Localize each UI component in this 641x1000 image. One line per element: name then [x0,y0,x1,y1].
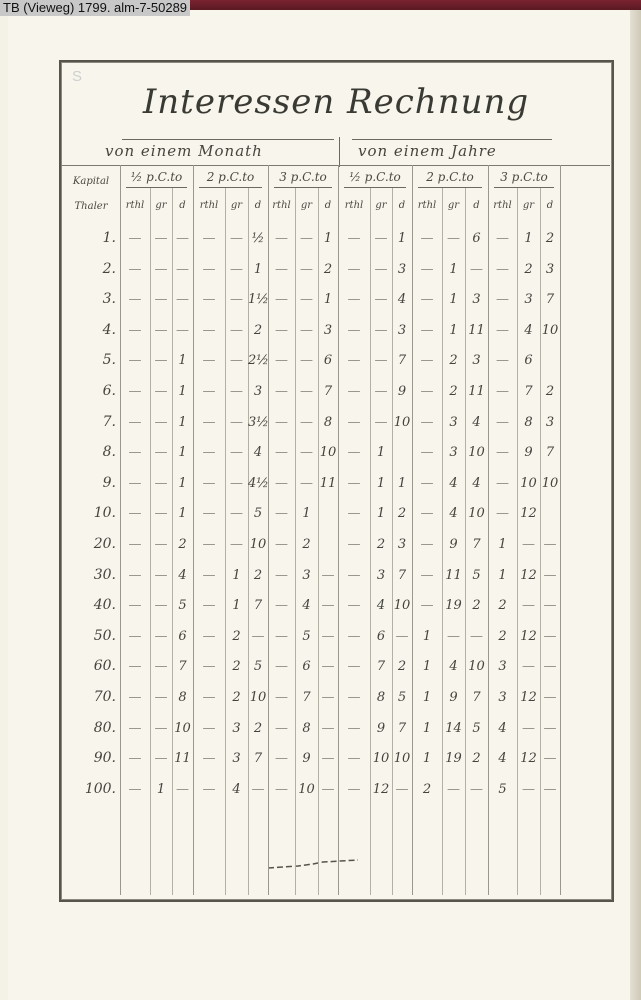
table-cell: 1 [295,506,318,521]
table-cell: 2 [318,262,338,277]
table-cell: — [150,598,172,613]
table-cell: — [338,690,370,705]
table-cell: — [488,231,517,246]
table-cell: — [193,782,225,797]
table-cell: — [295,445,318,460]
table-cell: — [120,537,150,552]
table-cell: — [412,323,442,338]
capital-amount: 7. [64,414,116,430]
table-cell: — [338,751,370,766]
table-cell: 1 [392,231,412,246]
capital-amount: 5. [64,352,116,368]
table-cell: — [338,323,370,338]
table-cell: — [268,445,295,460]
table-cell: — [370,415,392,430]
table-cell: — [225,476,248,491]
table-cell: — [120,568,150,583]
table-cell: 1 [248,262,268,277]
table-cell: — [338,506,370,521]
table-cell: 3 [442,445,465,460]
capital-amount: 3. [64,291,116,307]
table-cell: — [193,476,225,491]
table-cell: 3 [225,751,248,766]
table-cell: 5 [488,782,517,797]
table-cell: — [120,598,150,613]
table-cell: 10 [295,782,318,797]
table-cell: — [268,721,295,736]
table-cell: 1 [370,476,392,491]
table-cell: — [150,415,172,430]
table-cell: 8 [318,415,338,430]
capital-amount: 80. [64,720,116,736]
table-cell: — [225,323,248,338]
table-cell: — [268,751,295,766]
rate-header: 3 p.C.to [268,170,338,184]
table-cell: — [150,262,172,277]
table-cell: 4 [370,598,392,613]
table-cell: 3 [392,323,412,338]
rate-header-rule [494,187,554,188]
table-cell: 2 [540,231,560,246]
table-cell: — [120,415,150,430]
rate-header: 2 p.C.to [412,170,488,184]
table-cell: — [193,415,225,430]
table-cell: — [225,384,248,399]
table-cell: 1½ [248,292,268,307]
table-cell: 6 [517,353,540,368]
table-cell: — [338,598,370,613]
table-cell: — [318,721,338,736]
table-cell: — [338,721,370,736]
table-cell: 3 [370,568,392,583]
table-cell: — [120,353,150,368]
table-cell: 1 [150,782,172,797]
table-cell: — [338,629,370,644]
table-cell: 10 [465,445,488,460]
table-cell: 8 [172,690,193,705]
rate-header-rule [418,187,482,188]
table-cell: — [338,659,370,674]
table-cell: 4½ [248,476,268,491]
table-cell: — [442,629,465,644]
unit-header: d [248,200,268,211]
table-cell: 7 [392,353,412,368]
table-cell: — [412,598,442,613]
table-cell: 12 [517,568,540,583]
table-cell: 5 [465,721,488,736]
unit-header: d [465,200,488,211]
table-cell: — [225,445,248,460]
table-cell: — [318,598,338,613]
table-cell: — [225,292,248,307]
table-cell: 1 [225,568,248,583]
capital-amount: 6. [64,383,116,399]
table-cell: — [120,231,150,246]
table-cell: — [193,751,225,766]
table-cell: 5 [465,568,488,583]
unit-header: d [318,200,338,211]
table-cell: — [318,568,338,583]
table-cell: 1 [412,751,442,766]
table-cell: 4 [442,659,465,674]
table-cell: 9 [442,690,465,705]
unit-header: d [540,200,560,211]
table-cell: — [338,231,370,246]
table-cell: 12 [517,751,540,766]
rate-header: 2 p.C.to [193,170,268,184]
table-cell: 10 [370,751,392,766]
table-cell: — [488,506,517,521]
table-cell: — [540,690,560,705]
table-cell: — [412,384,442,399]
unit-header: gr [370,200,392,211]
table-cell: — [150,751,172,766]
table-cell: — [268,262,295,277]
table-cell: 11 [465,384,488,399]
table-cell: 4 [488,721,517,736]
table-cell: 4 [465,476,488,491]
rate-header: ½ p.C.to [120,170,193,184]
table-cell: 4 [225,782,248,797]
unit-header: rthl [338,200,370,211]
table-cell: 4 [392,292,412,307]
table-cell: 9 [517,445,540,460]
table-cell: — [225,262,248,277]
table-cell: 12 [517,506,540,521]
table-cell: 3 [248,384,268,399]
table-cell: 4 [465,415,488,430]
table-cell: — [268,384,295,399]
table-cell: — [412,262,442,277]
table-cell: 1 [225,598,248,613]
capital-amount: 9. [64,475,116,491]
table-cell: — [488,262,517,277]
page-edge [630,10,641,1000]
table-cell: — [225,231,248,246]
table-cell: — [412,231,442,246]
table-cell: 2 [488,598,517,613]
table-cell: 2 [488,629,517,644]
table-cell: — [412,476,442,491]
table-cell: — [295,262,318,277]
table-cell: 2 [225,690,248,705]
table-cell: 3 [295,568,318,583]
table-cell: 8 [295,721,318,736]
unit-header: rthl [412,200,442,211]
table-cell: 10 [392,598,412,613]
table-cell: 9 [295,751,318,766]
table-cell: 1 [172,445,193,460]
capital-header: Kapital [64,176,118,187]
table-cell: — [150,476,172,491]
table-cell: — [268,782,295,797]
capital-amount: 50. [64,628,116,644]
table-cell: — [338,445,370,460]
table-cell: 7 [392,568,412,583]
table-cell: — [370,384,392,399]
table-cell: — [225,506,248,521]
table-cell: — [442,231,465,246]
table-cell: 1 [442,262,465,277]
table-cell: 1 [392,476,412,491]
table-cell: 2 [465,751,488,766]
table-cell: 1 [488,537,517,552]
table-cell: 7 [517,384,540,399]
table-cell: — [338,568,370,583]
table-cell: 1 [172,353,193,368]
table-cell: 2½ [248,353,268,368]
table-cell: — [193,659,225,674]
table-cell: — [193,721,225,736]
table-cell: — [412,292,442,307]
table-cell: — [338,537,370,552]
rate-header: 3 p.C.to [488,170,560,184]
table-cell: — [488,292,517,307]
table-cell: — [225,415,248,430]
table-cell: — [338,384,370,399]
table-cell: 6 [295,659,318,674]
table-cell: — [150,353,172,368]
unit-header: d [172,200,193,211]
table-cell: 7 [392,721,412,736]
table-cell: — [488,353,517,368]
table-cell: — [248,629,268,644]
table-cell: 6 [370,629,392,644]
table-cell: 6 [465,231,488,246]
table-cell: 2 [370,537,392,552]
table-cell: 7 [295,690,318,705]
table-cell: 4 [172,568,193,583]
table-cell: — [150,384,172,399]
table-cell: 7 [248,751,268,766]
subtitle-year: von einem Jahre [358,142,497,160]
table-cell: — [193,537,225,552]
table-cell: 4 [442,506,465,521]
capital-amount: 1. [64,230,116,246]
capital-amount: 90. [64,750,116,766]
table-cell: — [268,415,295,430]
table-cell: — [150,629,172,644]
table-cell: — [488,384,517,399]
image-caption: TB (Vieweg) 1799. alm-7-50289 [0,0,190,16]
table-cell: 3 [488,690,517,705]
table-cell: — [338,415,370,430]
rate-header: ½ p.C.to [338,170,412,184]
table-cell: — [338,262,370,277]
table-cell: — [540,721,560,736]
table-cell: — [540,629,560,644]
table-cell: 6 [318,353,338,368]
table-cell: — [442,782,465,797]
capital-amount: 4. [64,322,116,338]
subtitle-month: von einem Monath [105,142,263,160]
table-cell: — [120,721,150,736]
header-top-rule [61,165,610,166]
table-cell: — [268,629,295,644]
table-cell: 10 [517,476,540,491]
table-cell: — [193,445,225,460]
table-cell: 2 [465,598,488,613]
table-cell: 9 [442,537,465,552]
table-cell: 10 [248,690,268,705]
table-cell: — [225,353,248,368]
table-cell: — [517,721,540,736]
table-cell: 1 [172,415,193,430]
table-cell: — [370,262,392,277]
table-cell: 10 [465,506,488,521]
table-cell: 1 [172,384,193,399]
table-cell: 11 [465,323,488,338]
table-cell: — [120,476,150,491]
table-cell: — [517,659,540,674]
table-cell: — [412,537,442,552]
table-cell: 4 [442,476,465,491]
table-cell: — [150,690,172,705]
table-cell: ½ [248,231,268,246]
table-cell: 4 [517,323,540,338]
table-cell: — [412,445,442,460]
table-cell: — [150,721,172,736]
table-cell: 2 [248,721,268,736]
table-cell: — [193,231,225,246]
table-cell: 8 [517,415,540,430]
table-cell: — [370,292,392,307]
unit-header: gr [295,200,318,211]
capital-amount: 70. [64,689,116,705]
table-cell: — [268,292,295,307]
table-cell: — [517,782,540,797]
table-cell: 1 [172,476,193,491]
table-cell: 2 [225,659,248,674]
table-cell: 1 [442,323,465,338]
table-cell: 19 [442,751,465,766]
rate-header-rule [344,187,406,188]
table-cell: 8 [370,690,392,705]
table-cell: 11 [318,476,338,491]
table-cell: 7 [318,384,338,399]
table-cell: — [318,659,338,674]
capital-amount: 100. [64,781,116,797]
table-cell: 9 [392,384,412,399]
unit-header: rthl [268,200,295,211]
table-cell: 1 [412,629,442,644]
table-cell: — [150,445,172,460]
table-cell: 7 [540,445,560,460]
table-cell: — [488,323,517,338]
table-cell: — [540,659,560,674]
table-cell: 4 [248,445,268,460]
table-cell: — [540,782,560,797]
table-cell: 10 [540,323,560,338]
capital-amount: 30. [64,567,116,583]
table-cell: — [120,292,150,307]
table-cell: — [193,323,225,338]
table-cell: — [318,782,338,797]
table-cell: 10 [392,751,412,766]
table-cell: — [120,659,150,674]
table-cell: — [193,598,225,613]
table-cell: — [150,659,172,674]
table-cell: 12 [517,690,540,705]
table-cell: — [193,262,225,277]
table-cell: — [465,629,488,644]
capital-amount: 40. [64,597,116,613]
table-cell: — [370,323,392,338]
column-divider [560,165,561,895]
table-cell: — [172,262,193,277]
table-cell: 5 [295,629,318,644]
table-cell: 1 [442,292,465,307]
table-cell: 10 [248,537,268,552]
table-cell: 5 [248,659,268,674]
capital-amount: 2. [64,261,116,277]
table-cell: — [172,782,193,797]
table-cell: — [268,506,295,521]
table-cell: — [412,353,442,368]
table-cell: 7 [465,537,488,552]
table-cell: 10 [392,415,412,430]
table-cell: — [172,323,193,338]
table-cell: 2 [412,782,442,797]
table-cell: — [465,262,488,277]
table-cell: — [295,323,318,338]
table-cell: 2 [442,353,465,368]
subtitle-divider [339,137,340,167]
table-cell: — [120,629,150,644]
table-cell: — [540,598,560,613]
table-cell: — [295,292,318,307]
table-cell: 1 [370,506,392,521]
table-cell: — [268,568,295,583]
table-cell: 3 [442,415,465,430]
unit-header: gr [517,200,540,211]
table-cell: 7 [370,659,392,674]
table-cell: — [392,782,412,797]
table-cell: 14 [442,721,465,736]
table-cell: — [248,782,268,797]
table-cell: 12 [517,629,540,644]
table-cell: — [540,751,560,766]
unit-header: gr [225,200,248,211]
table-cell: 2 [442,384,465,399]
capital-amount: 8. [64,444,116,460]
table-cell: 19 [442,598,465,613]
table-cell: — [412,415,442,430]
table-cell: 5 [172,598,193,613]
table-cell: 3 [488,659,517,674]
rate-header-rule [199,187,262,188]
table-cell: — [120,690,150,705]
unit-header: d [392,200,412,211]
table-cell: 12 [370,782,392,797]
table-cell: — [120,384,150,399]
table-cell: 3 [318,323,338,338]
table-cell: — [268,598,295,613]
table-cell: — [193,353,225,368]
table-cell: 1 [412,721,442,736]
table-cell: — [295,353,318,368]
table-cell: — [370,353,392,368]
unit-header: rthl [488,200,517,211]
table-cell: 7 [248,598,268,613]
table-cell: — [120,445,150,460]
table-cell: — [517,598,540,613]
table-cell: — [517,537,540,552]
table-cell: — [268,353,295,368]
table-cell: 4 [488,751,517,766]
table-cell: — [193,690,225,705]
table-cell: — [295,415,318,430]
